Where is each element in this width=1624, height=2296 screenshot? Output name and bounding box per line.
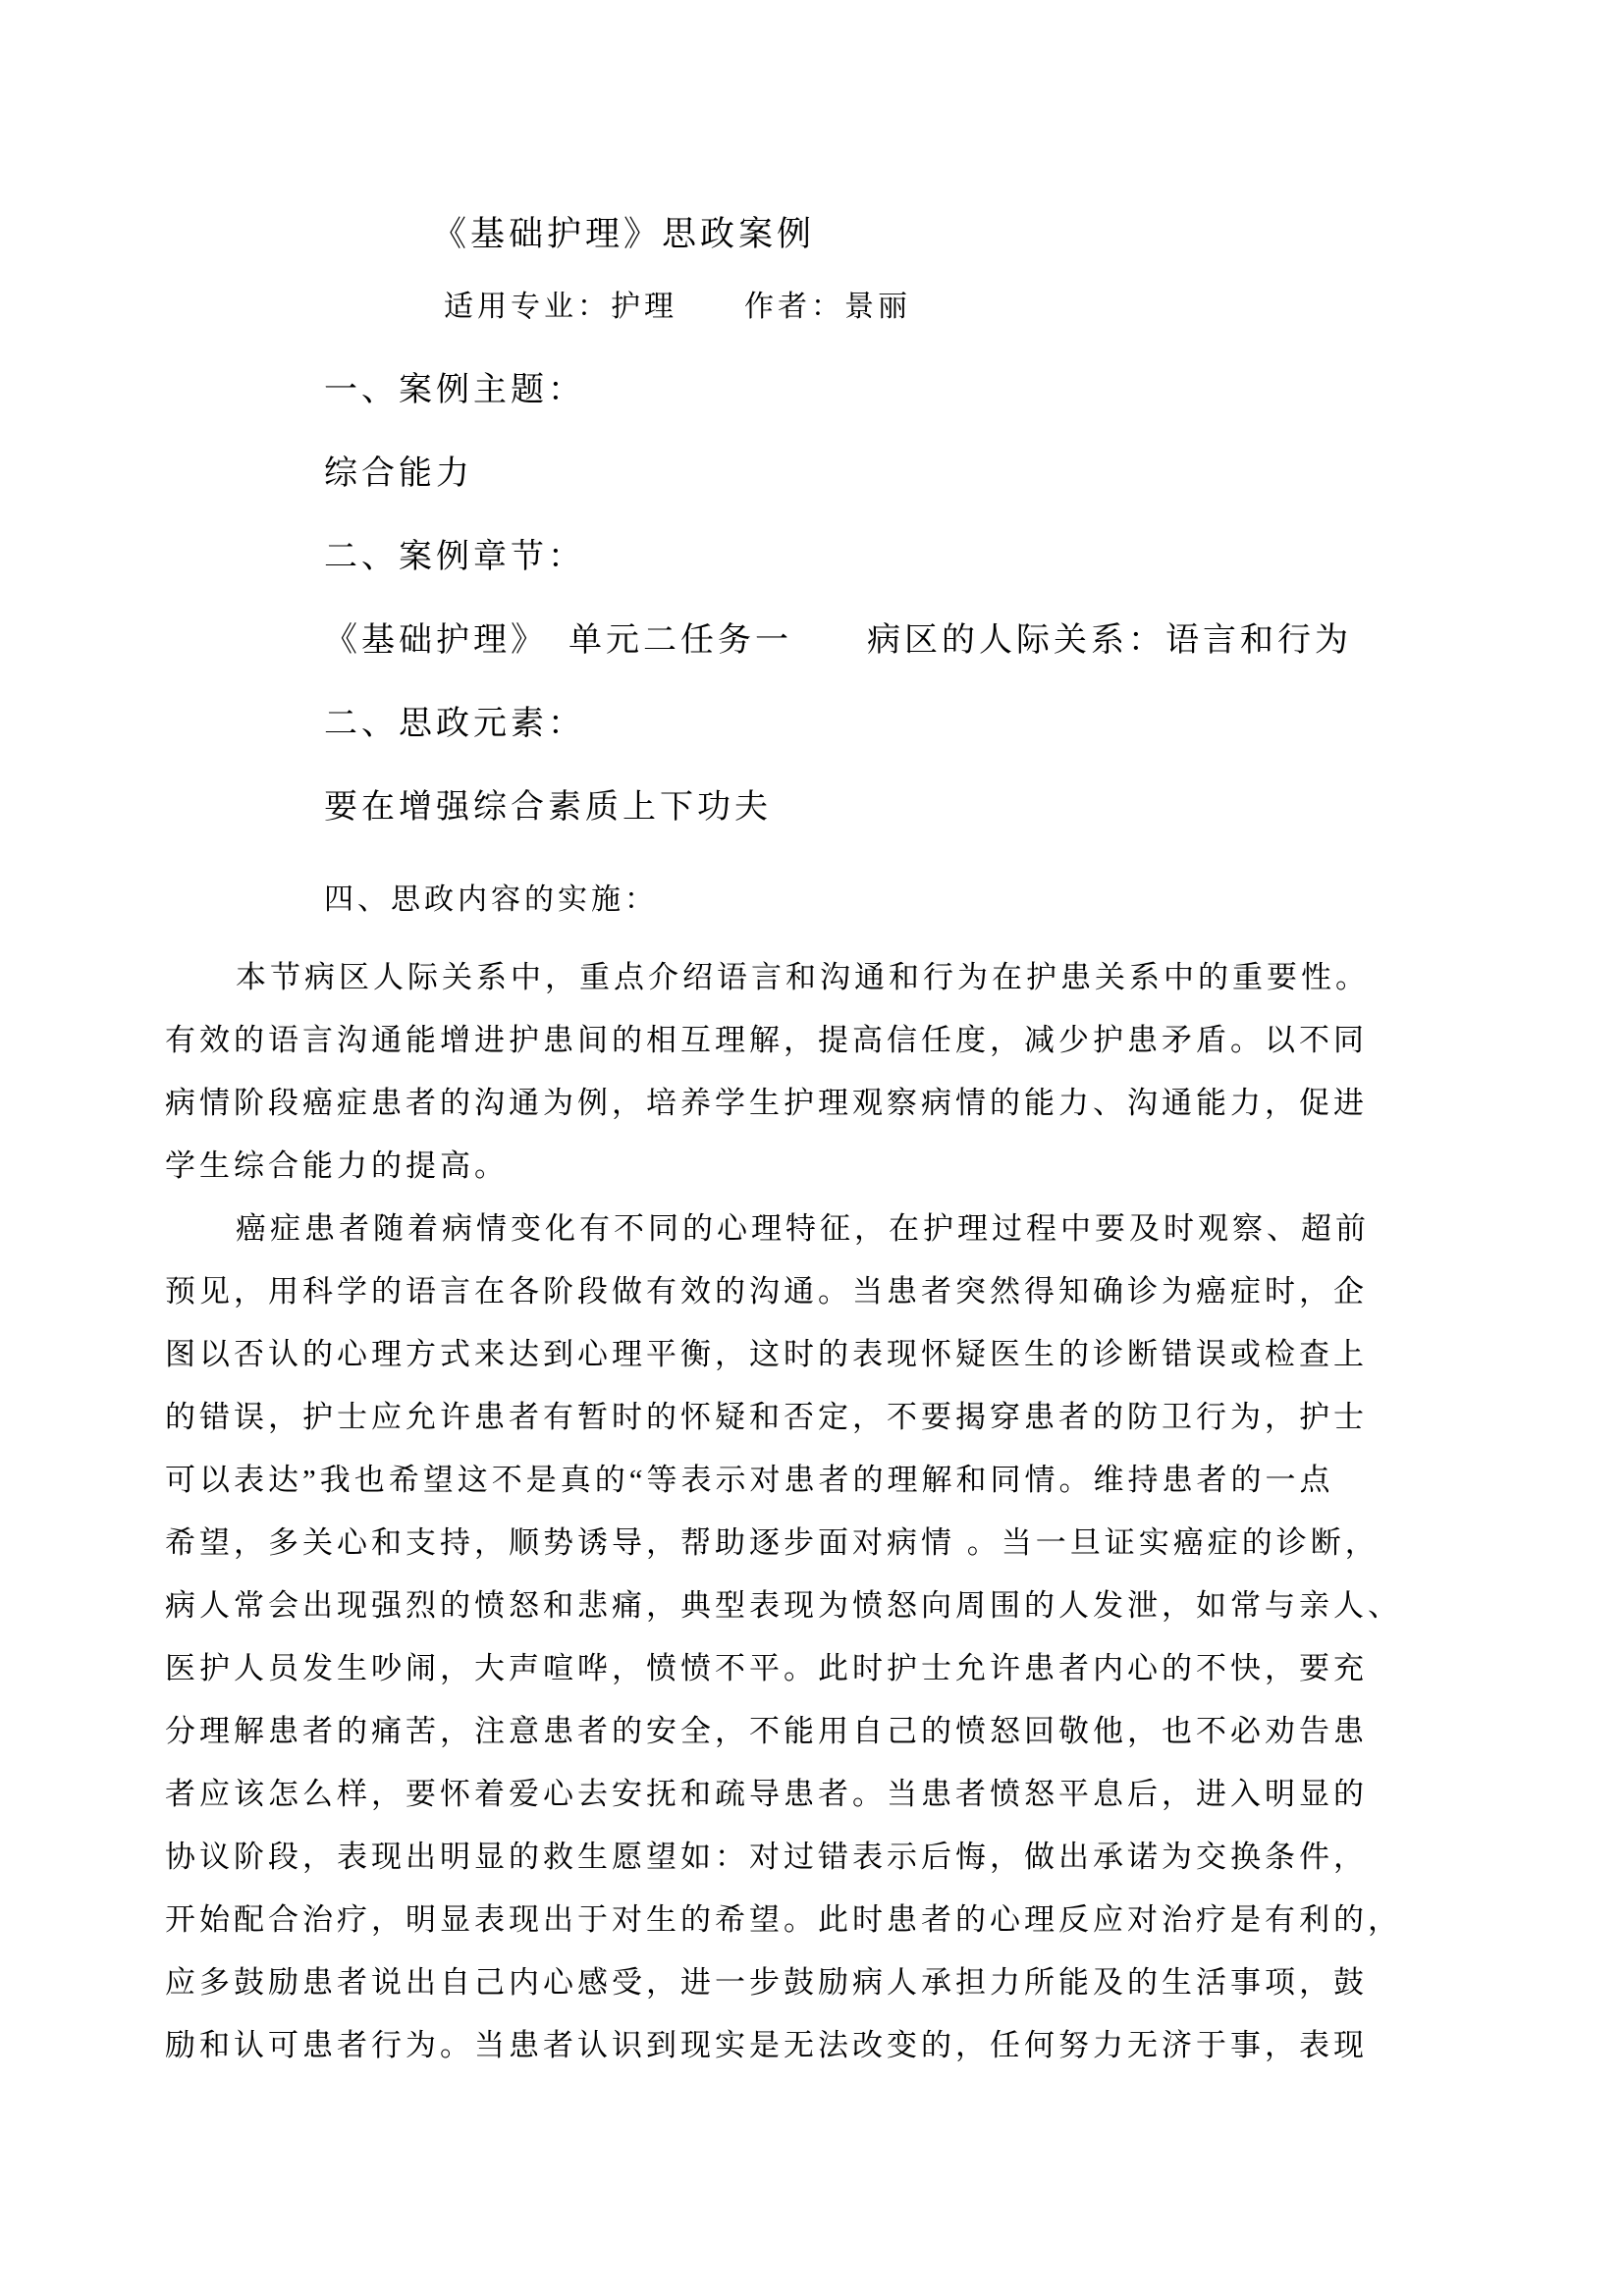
body-paragraph: 癌症患者随着病情变化有不同的心理特征，在护理过程中要及时观察、超前 预见，用科学… [165,1198,1467,2077]
section-headings: 一、案例主题：综合能力二、案例章节：《基础护理》 单元二任务一 病区的人际关系：… [0,345,1624,941]
section-heading-line: 四、思政内容的实施： [324,851,1624,941]
document-title: 《基础护理》思政案例 [0,0,1624,257]
document-body: 本节病区人际关系中，重点介绍语言和沟通和行为在护患关系中的重要性。 有效的语言沟… [0,946,1624,2077]
section-heading-line: 一、案例主题： [324,345,1624,428]
section-heading-line: 综合能力 [324,428,1624,511]
section-heading-line: 二、思政元素： [324,678,1624,762]
body-paragraph: 本节病区人际关系中，重点介绍语言和沟通和行为在护患关系中的重要性。 有效的语言沟… [165,946,1467,1198]
document-page: 《基础护理》思政案例 适用专业：护理 作者：景丽 一、案例主题：综合能力二、案例… [0,0,1624,2296]
document-meta-line: 适用专业：护理 作者：景丽 [0,287,1624,328]
section-heading-line: 二、案例章节： [324,511,1624,595]
section-heading-line: 《基础护理》 单元二任务一 病区的人际关系：语言和行为 [324,595,1624,678]
section-heading-line: 要在增强综合素质上下功夫 [324,762,1624,845]
